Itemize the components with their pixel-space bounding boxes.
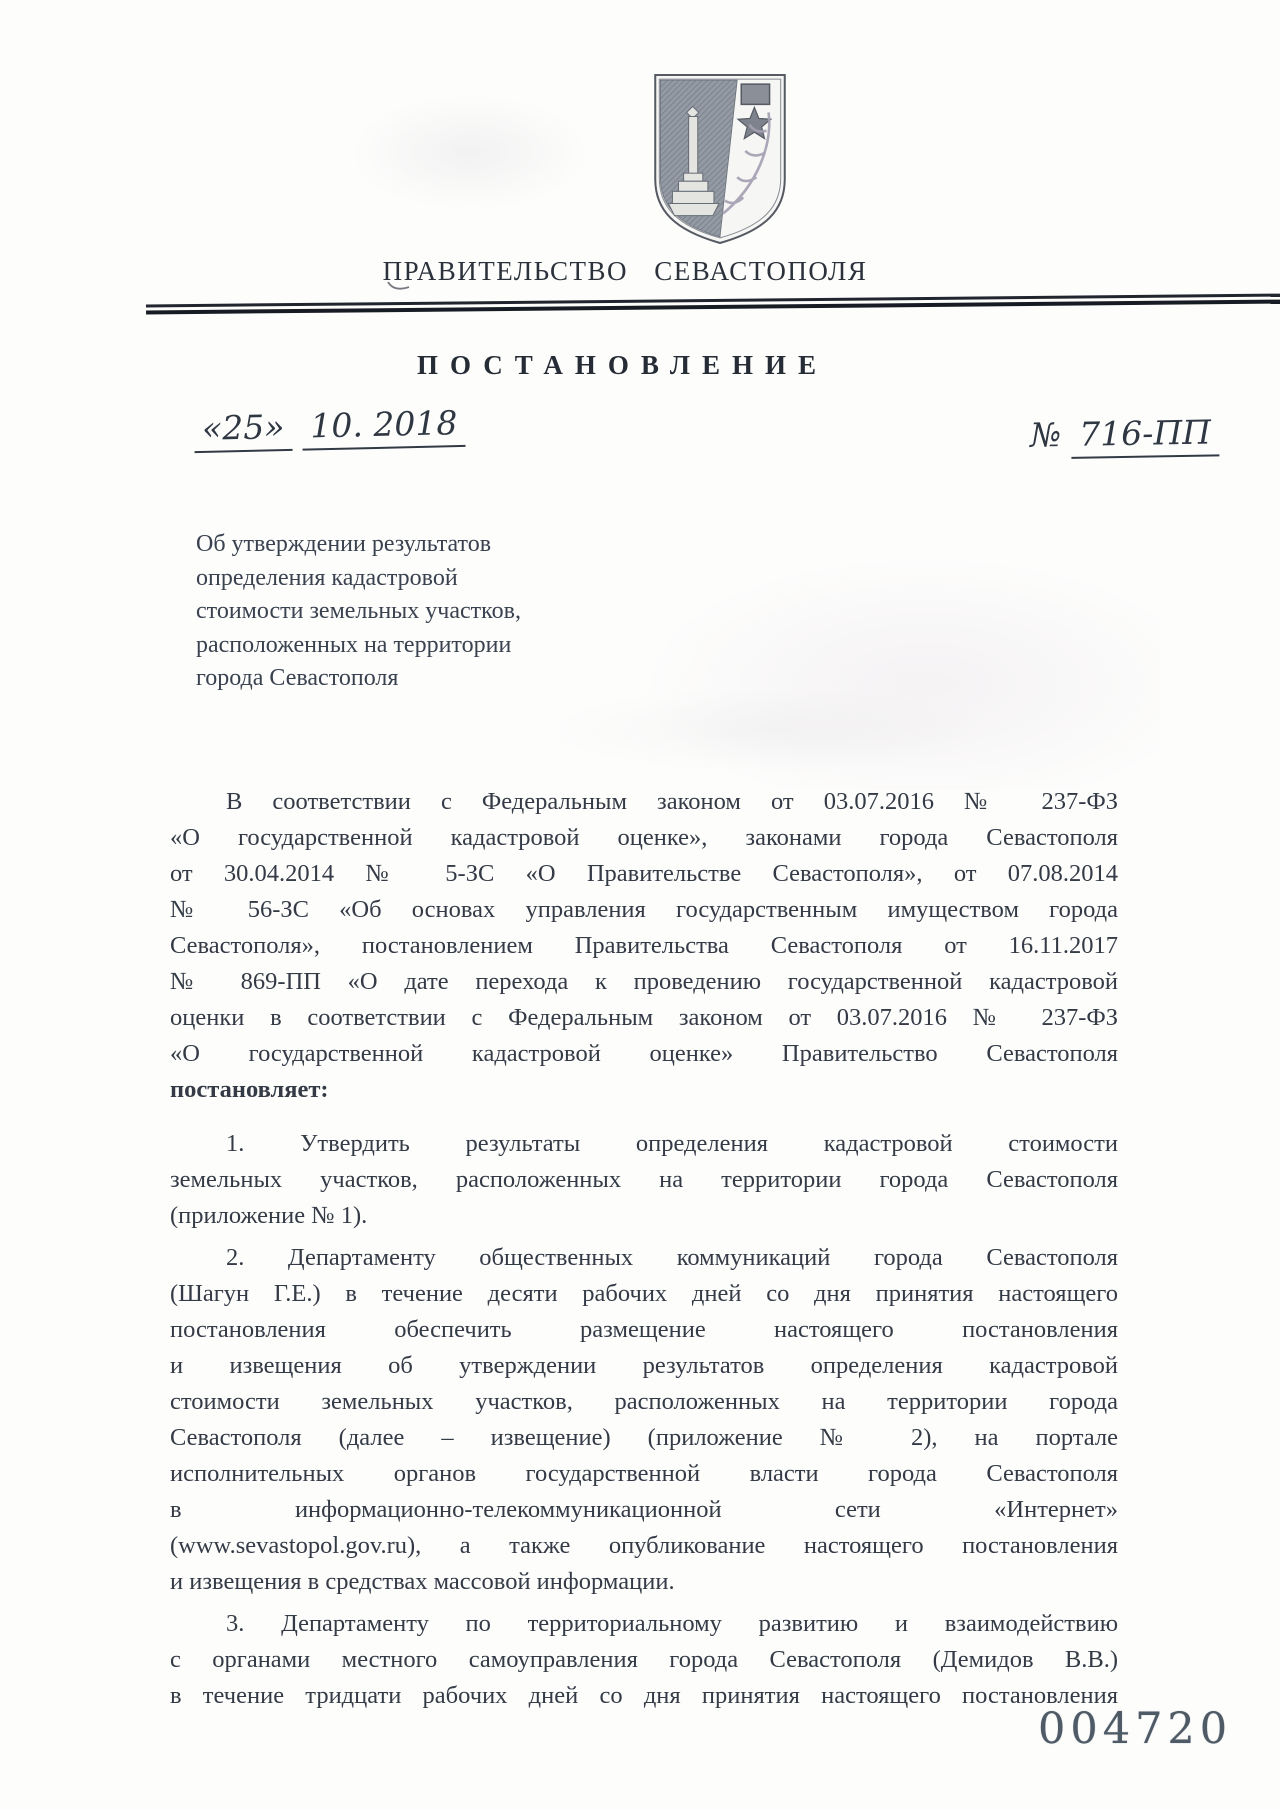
text-line: и извещения об утверждении результатов о… bbox=[170, 1348, 1118, 1384]
document-type-title: ПОСТАНОВЛЕНИЕ bbox=[0, 350, 1245, 381]
resolve-word: постановляет: bbox=[170, 1072, 1118, 1108]
scan-smudge bbox=[350, 95, 590, 210]
document-body: В соответствии с Федеральным законом от … bbox=[170, 784, 1118, 1714]
text-line: В соответствии с Федеральным законом от … bbox=[170, 784, 1118, 820]
text-line: «О государственной кадастровой оценке», … bbox=[170, 820, 1118, 856]
text-line: Севастополя», постановлением Правительст… bbox=[170, 928, 1118, 964]
page-registration-stamp: 004720 bbox=[1038, 1704, 1232, 1754]
text-line: от 30.04.2014 № 5-ЗС «О Правительстве Се… bbox=[170, 856, 1118, 892]
text-line: постановления обеспечить размещение наст… bbox=[170, 1312, 1118, 1348]
text-line: (приложение № 1). bbox=[170, 1198, 1118, 1234]
text-line: оценки в соответствии с Федеральным зако… bbox=[170, 1000, 1118, 1036]
text-line: (www.sevastopol.gov.ru), а также опублик… bbox=[170, 1528, 1118, 1564]
text-line: стоимости земельных участков, расположен… bbox=[170, 1384, 1118, 1420]
subject-line: Об утверждении результатов bbox=[196, 528, 616, 562]
text-line: в информационно-телекоммуникационной сет… bbox=[170, 1492, 1118, 1528]
text-line: (Шагун Г.Е.) в течение десяти рабочих дн… bbox=[170, 1276, 1118, 1312]
number-sign: № bbox=[1030, 415, 1062, 455]
text-line: № 56-ЗС «Об основах управления государст… bbox=[170, 892, 1118, 928]
subject-line: определения кадастровой bbox=[196, 562, 616, 596]
handwritten-date: «25»10. 2018 bbox=[194, 403, 466, 448]
sevastopol-coat-of-arms-icon bbox=[652, 72, 788, 246]
scan-bleedthrough bbox=[560, 690, 980, 770]
text-line: Севастополя (далее – извещение) (приложе… bbox=[170, 1420, 1118, 1456]
text-line: в течение тридцати рабочих дней со дня п… bbox=[170, 1678, 1118, 1714]
letterhead-divider bbox=[146, 294, 1280, 315]
subject-line: расположенных на территории bbox=[196, 629, 616, 663]
date-day: «25» bbox=[194, 407, 293, 453]
handwritten-document-number: №716-ПП bbox=[1030, 412, 1220, 454]
subject-line: стоимости земельных участков, bbox=[196, 595, 616, 629]
text-line: 3. Департаменту по территориальному разв… bbox=[170, 1606, 1118, 1642]
subject-block: Об утверждении результатов определения к… bbox=[196, 528, 616, 696]
organization-title: ПРАВИТЕЛЬСТВО СЕВАСТОПОЛЯ bbox=[0, 256, 1250, 287]
text-line: исполнительных органов государственной в… bbox=[170, 1456, 1118, 1492]
scanned-page: ПРАВИТЕЛЬСТВО СЕВАСТОПОЛЯ ПОСТАНОВЛЕНИЕ … bbox=[0, 0, 1280, 1810]
text-line: 2. Департаменту общественных коммуникаци… bbox=[170, 1240, 1118, 1276]
text-line: 1. Утвердить результаты определения када… bbox=[170, 1126, 1118, 1162]
text-line: № 869-ПП «О дате перехода к проведению г… bbox=[170, 964, 1118, 1000]
text-line: и извещения в средствах массовой информа… bbox=[170, 1564, 1118, 1600]
date-month-year: 10. 2018 bbox=[302, 403, 466, 451]
number-value: 716-ПП bbox=[1071, 412, 1219, 459]
text-line: «О государственной кадастровой оценке» П… bbox=[170, 1036, 1118, 1072]
text-line: с органами местного самоуправления город… bbox=[170, 1642, 1118, 1678]
scan-artifact-mark bbox=[386, 280, 412, 299]
text-line: земельных участков, расположенных на тер… bbox=[170, 1162, 1118, 1198]
subject-line: города Севастополя bbox=[196, 662, 616, 696]
